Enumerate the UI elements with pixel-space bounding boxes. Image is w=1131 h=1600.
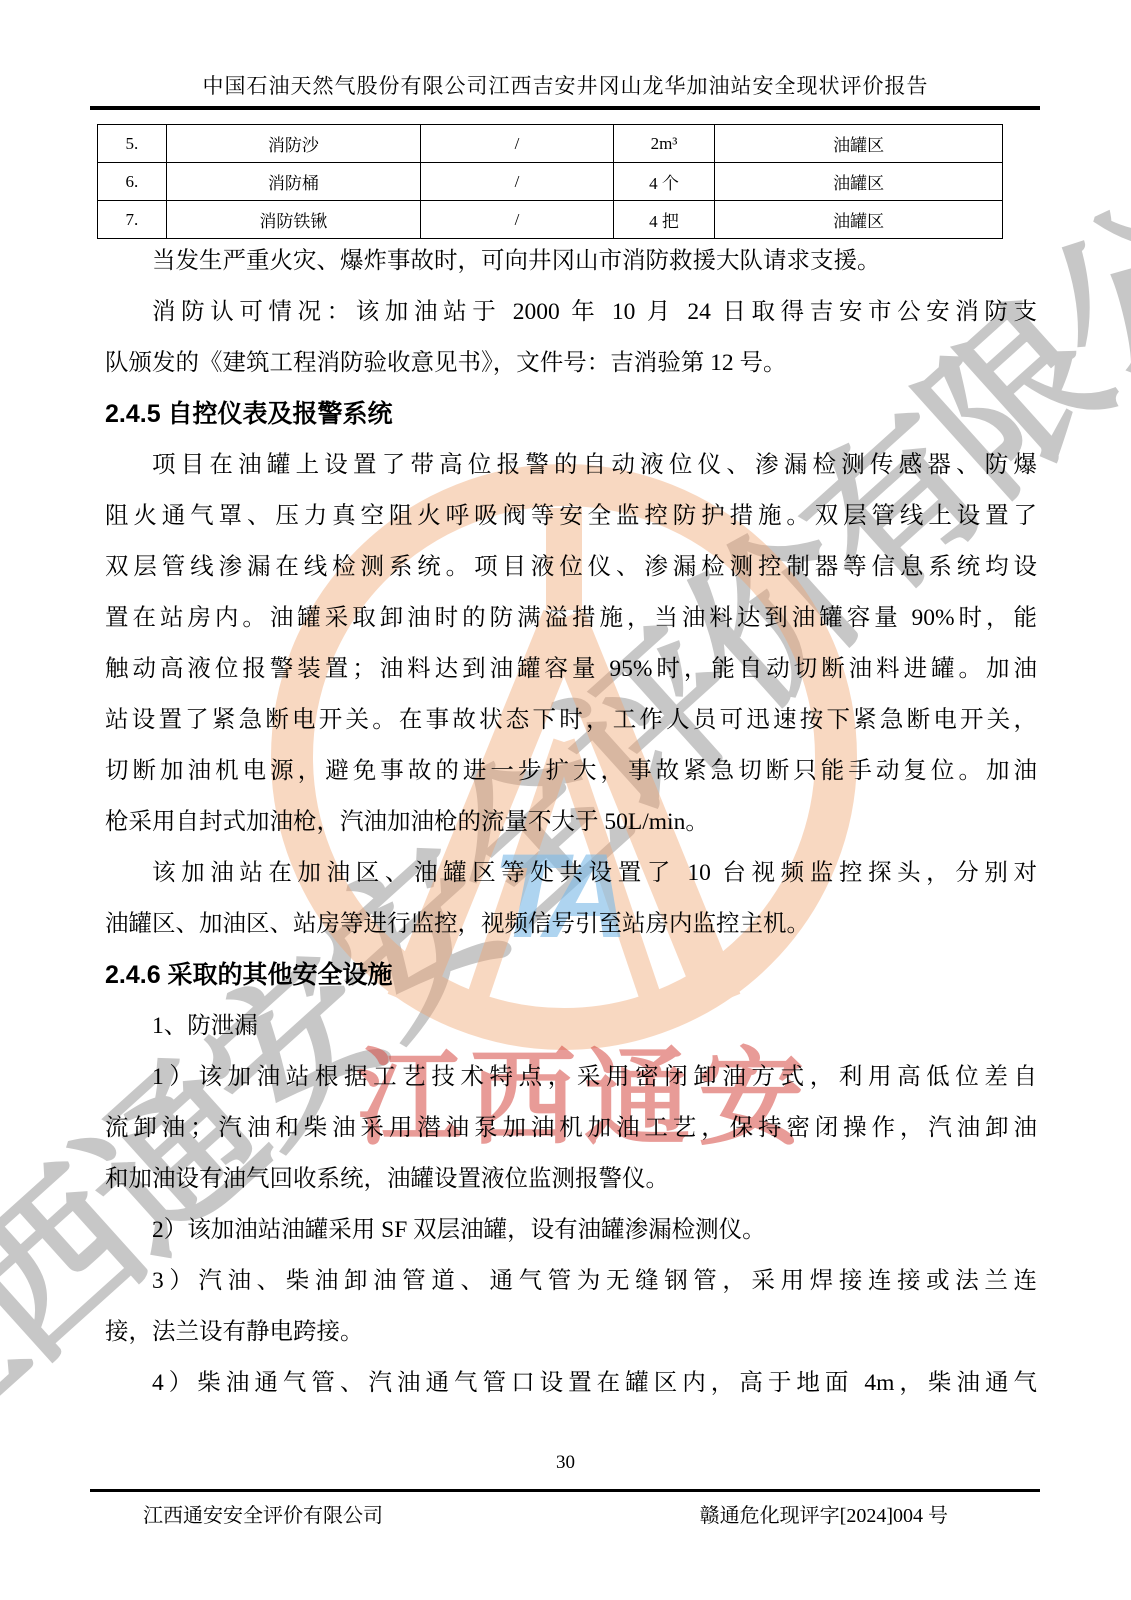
fire-equipment-table: 5.消防沙/2m³油罐区6.消防桶/4 个油罐区7.消防铁锹/4 把油罐区 bbox=[97, 124, 1003, 239]
table-cell: / bbox=[421, 125, 614, 163]
footer-rule bbox=[90, 1489, 1040, 1492]
text-line: 4）柴油通气管、汽油通气管口设置在罐区内，高于地面 4m，柴油通气 bbox=[105, 1358, 1037, 1409]
table-cell: 6. bbox=[98, 163, 167, 201]
text-line: 1）该加油站根据工艺技术特点，采用密闭卸油方式，利用高低位差自 bbox=[105, 1052, 1037, 1103]
report-page: 江西通安安全评价有限公司 TA 江西通安 中国石油天然气股份有限公司江西吉安井冈… bbox=[0, 0, 1131, 1600]
table-row: 6.消防桶/4 个油罐区 bbox=[98, 163, 1003, 201]
text-line: 接，法兰设有静电跨接。 bbox=[105, 1307, 1037, 1358]
table-cell: 4 把 bbox=[613, 201, 714, 239]
text-line: 队颁发的《建筑工程消防验收意见书》，文件号：吉消验第 12 号。 bbox=[105, 338, 1037, 389]
fire-table-body: 5.消防沙/2m³油罐区6.消防桶/4 个油罐区7.消防铁锹/4 把油罐区 bbox=[98, 125, 1003, 239]
page-number: 30 bbox=[0, 1452, 1131, 1474]
table-cell: 油罐区 bbox=[715, 125, 1003, 163]
table-cell: 消防桶 bbox=[166, 163, 420, 201]
section-heading: 2.4.5 自控仪表及报警系统 bbox=[105, 389, 1037, 440]
table-cell: 5. bbox=[98, 125, 167, 163]
table-cell: 7. bbox=[98, 201, 167, 239]
text-line: 油罐区、加油区、站房等进行监控，视频信号引至站房内监控主机。 bbox=[105, 899, 1037, 950]
table-cell: 2m³ bbox=[613, 125, 714, 163]
text-line: 消防认可情况：该加油站于 2000 年 10 月 24 日取得吉安市公安消防支 bbox=[105, 287, 1037, 338]
table-cell: 油罐区 bbox=[715, 201, 1003, 239]
body-lines: 当发生严重火灾、爆炸事故时，可向井冈山市消防救援大队请求支援。消防认可情况：该加… bbox=[105, 236, 1037, 1409]
table-cell: 4 个 bbox=[613, 163, 714, 201]
section-heading: 2.4.6 采取的其他安全设施 bbox=[105, 950, 1037, 1001]
document-header-title: 中国石油天然气股份有限公司江西吉安井冈山龙华加油站安全现状评价报告 bbox=[0, 70, 1131, 100]
text-line: 切断加油机电源，避免事故的进一步扩大，事故紧急切断只能手动复位。加油 bbox=[105, 746, 1037, 797]
header-rule bbox=[90, 106, 1040, 110]
text-line: 和加油设有油气回收系统，油罐设置液位监测报警仪。 bbox=[105, 1154, 1037, 1205]
content-layer: 中国石油天然气股份有限公司江西吉安井冈山龙华加油站安全现状评价报告 5.消防沙/… bbox=[0, 0, 1131, 1600]
text-line: 1、防泄漏 bbox=[105, 1001, 1037, 1052]
table-cell: 油罐区 bbox=[715, 163, 1003, 201]
text-line: 流卸油；汽油和柴油采用潜油泵加油机加油工艺，保持密闭操作，汽油卸油 bbox=[105, 1103, 1037, 1154]
table-cell: / bbox=[421, 201, 614, 239]
text-line: 2）该加油站油罐采用 SF 双层油罐，设有油罐渗漏检测仪。 bbox=[105, 1205, 1037, 1256]
text-line: 触动高液位报警装置；油料达到油罐容量 95%时，能自动切断油料进罐。加油 bbox=[105, 644, 1037, 695]
text-line: 站设置了紧急断电开关。在事故状态下时，工作人员可迅速按下紧急断电开关， bbox=[105, 695, 1037, 746]
text-line: 置在站房内。油罐采取卸油时的防满溢措施，当油料达到油罐容量 90%时，能 bbox=[105, 593, 1037, 644]
table-cell: 消防铁锹 bbox=[166, 201, 420, 239]
text-line: 项目在油罐上设置了带高位报警的自动液位仪、渗漏检测传感器、防爆 bbox=[105, 440, 1037, 491]
table-row: 5.消防沙/2m³油罐区 bbox=[98, 125, 1003, 163]
text-line: 3）汽油、柴油卸油管道、通气管为无缝钢管，采用焊接连接或法兰连 bbox=[105, 1256, 1037, 1307]
text-line: 枪采用自封式加油枪，汽油加油枪的流量不大于 50L/min。 bbox=[105, 797, 1037, 848]
text-line: 双层管线渗漏在线检测系统。项目液位仪、渗漏检测控制器等信息系统均设 bbox=[105, 542, 1037, 593]
footer-doc-number: 赣通危化现评字[2024]004 号 bbox=[700, 1499, 948, 1528]
text-line: 当发生严重火灾、爆炸事故时，可向井冈山市消防救援大队请求支援。 bbox=[105, 236, 1037, 287]
table-cell: 消防沙 bbox=[166, 125, 420, 163]
text-line: 该加油站在加油区、油罐区等处共设置了 10 台视频监控探头，分别对 bbox=[105, 848, 1037, 899]
footer-company: 江西通安安全评价有限公司 bbox=[143, 1499, 383, 1528]
table-cell: / bbox=[421, 163, 614, 201]
table-row: 7.消防铁锹/4 把油罐区 bbox=[98, 201, 1003, 239]
text-line: 阻火通气罩、压力真空阻火呼吸阀等安全监控防护措施。双层管线上设置了 bbox=[105, 491, 1037, 542]
